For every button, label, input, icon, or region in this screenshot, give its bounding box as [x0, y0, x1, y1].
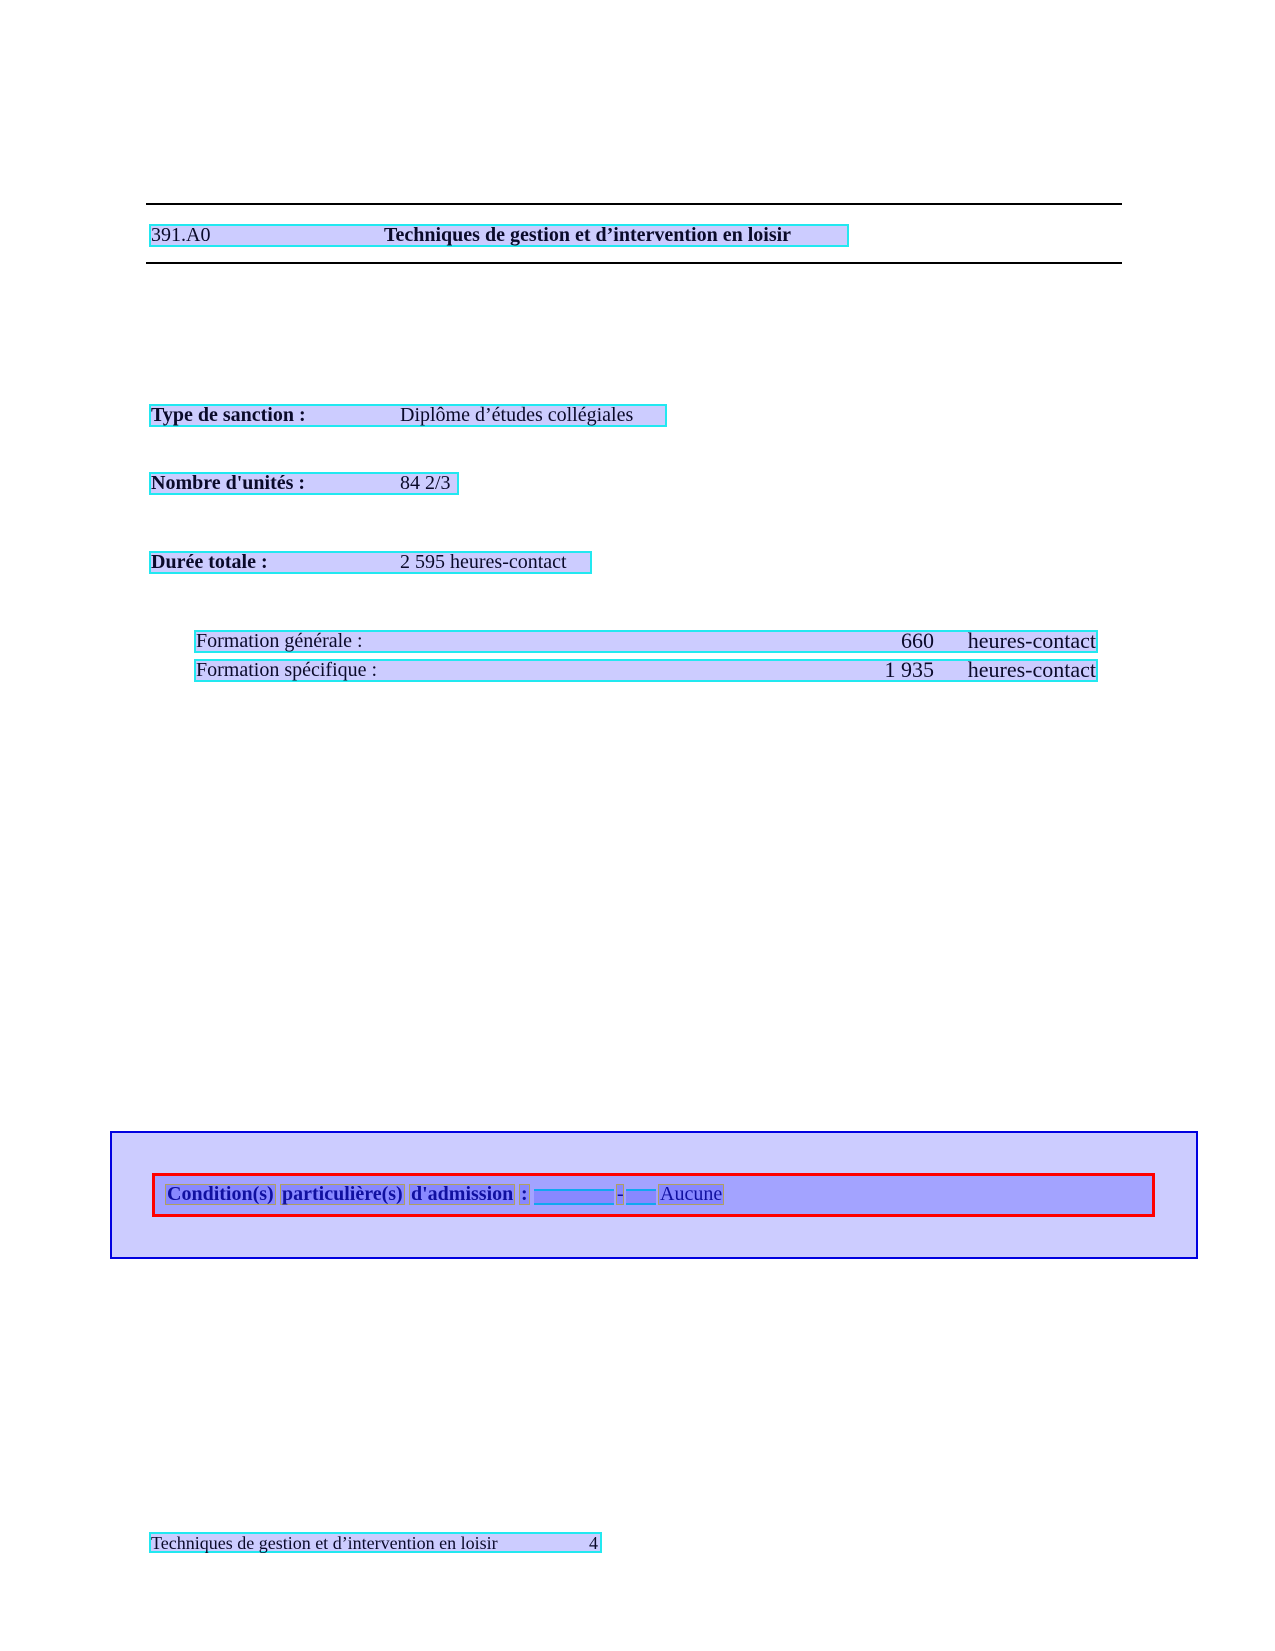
- program-header: 391.A0 Techniques de gestion et d’interv…: [149, 224, 849, 247]
- breakdown-unit: heures-contact: [968, 661, 1096, 679]
- header-bottom-rule: [146, 262, 1122, 264]
- field-value: Diplôme d’études collégiales: [400, 406, 633, 424]
- admission-spacer: [534, 1189, 614, 1205]
- breakdown-unit: heures-contact: [968, 632, 1096, 650]
- admission-word: :: [519, 1184, 530, 1205]
- admission-value: Aucune: [658, 1184, 724, 1205]
- breakdown-formation-specifique: Formation spécifique : 1 935 heures-cont…: [194, 659, 1098, 682]
- footer-title: Techniques de gestion et d’intervention …: [151, 1534, 498, 1552]
- program-title: Techniques de gestion et d’intervention …: [384, 226, 791, 244]
- field-label: Type de sanction :: [151, 406, 306, 424]
- field-value: 2 595 heures-contact: [400, 553, 567, 571]
- breakdown-formation-generale: Formation générale : 660 heures-contact: [194, 630, 1098, 653]
- page-footer: Techniques de gestion et d’intervention …: [149, 1532, 602, 1553]
- breakdown-label: Formation spécifique :: [196, 661, 377, 679]
- admission-word: d'admission: [409, 1184, 515, 1205]
- page-number: 4: [589, 1534, 598, 1552]
- field-label: Durée totale :: [151, 553, 268, 571]
- field-nombre-unites: Nombre d'unités : 84 2/3: [149, 472, 459, 495]
- breakdown-hours: 660: [901, 632, 934, 650]
- admission-word: Condition(s): [165, 1184, 276, 1205]
- field-label: Nombre d'unités :: [151, 474, 305, 492]
- breakdown-label: Formation générale :: [196, 632, 363, 650]
- admission-spacer: [626, 1189, 656, 1205]
- header-top-rule: [146, 203, 1122, 205]
- field-type-sanction: Type de sanction : Diplôme d’études coll…: [149, 404, 667, 427]
- breakdown-hours: 1 935: [885, 661, 935, 679]
- field-duree-totale: Durée totale : 2 595 heures-contact: [149, 551, 592, 574]
- admission-word: particulière(s): [280, 1184, 405, 1205]
- admission-dash: -: [616, 1184, 624, 1205]
- program-code: 391.A0: [151, 226, 210, 244]
- field-value: 84 2/3: [400, 474, 451, 492]
